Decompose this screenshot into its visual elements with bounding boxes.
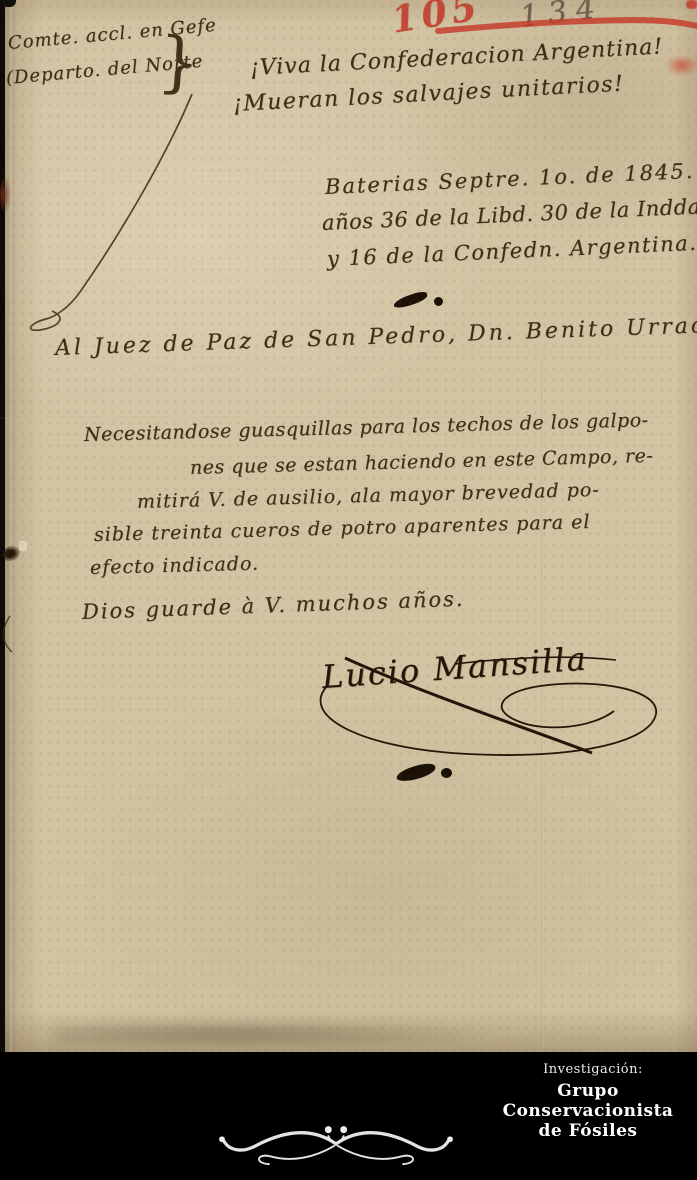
credit-line: Conservacionista — [480, 1101, 696, 1121]
body-line: sible treinta cueros de potro aparentes … — [94, 511, 591, 546]
red-archive-number: 105 — [389, 0, 485, 42]
valediction-line: Dios guarde à V. muchos años. — [82, 587, 465, 624]
credit-line: Grupo — [480, 1081, 696, 1101]
scanned-letter-page: 134 105 Comte. accl. en Gefe (Departo. d… — [0, 0, 697, 1180]
binding-stitch-stain — [0, 176, 11, 214]
dateline-year-confederation: y 16 de la Confedn. Argentina. — [326, 231, 697, 271]
binding-stitch-notch — [18, 540, 27, 551]
manuscript-paper: 134 105 Comte. accl. en Gefe (Departo. d… — [0, 0, 697, 1052]
body-line: nes que se estan haciendo en este Campo,… — [190, 445, 654, 479]
body-line: Necesitandose guasquillas para los techo… — [84, 409, 649, 446]
investigation-label: Investigación: — [490, 1062, 696, 1077]
paper-fold-crease — [10, 0, 14, 1052]
ink-blot-dot — [441, 768, 452, 778]
body-line: efecto indicado. — [90, 553, 260, 579]
ink-blot — [392, 290, 428, 310]
red-crayon-smudge — [666, 56, 697, 75]
corner-annotation-brace: } — [155, 22, 202, 102]
pencil-archive-number: 134 — [518, 0, 606, 35]
dateline-place-date: Baterias Septre. 1o. de 1845. — [324, 159, 694, 199]
red-crayon-corner-mark — [686, 0, 697, 9]
credit-line: de Fósiles — [480, 1121, 696, 1141]
marginal-rubric-stroke — [31, 94, 192, 330]
signature-name: Lucio Mansilla — [321, 639, 589, 695]
dateline-year-liberty: años 36 de la Libd. 30 de la Indda. — [321, 194, 697, 235]
ink-blot — [395, 761, 437, 783]
addressee-line: Al Juez de Paz de San Pedro, Dn. Benito … — [55, 313, 697, 361]
body-line: mitirá V. de ausilio, ala mayor brevedad… — [137, 479, 600, 513]
book-binding-edge — [0, 0, 5, 1052]
decorative-flourish — [210, 1121, 462, 1167]
bottom-smudge-stain — [55, 1020, 485, 1048]
ink-blot-dot — [434, 297, 443, 306]
credit-group-name: Grupo Conservacionista de Fósiles — [480, 1081, 696, 1141]
